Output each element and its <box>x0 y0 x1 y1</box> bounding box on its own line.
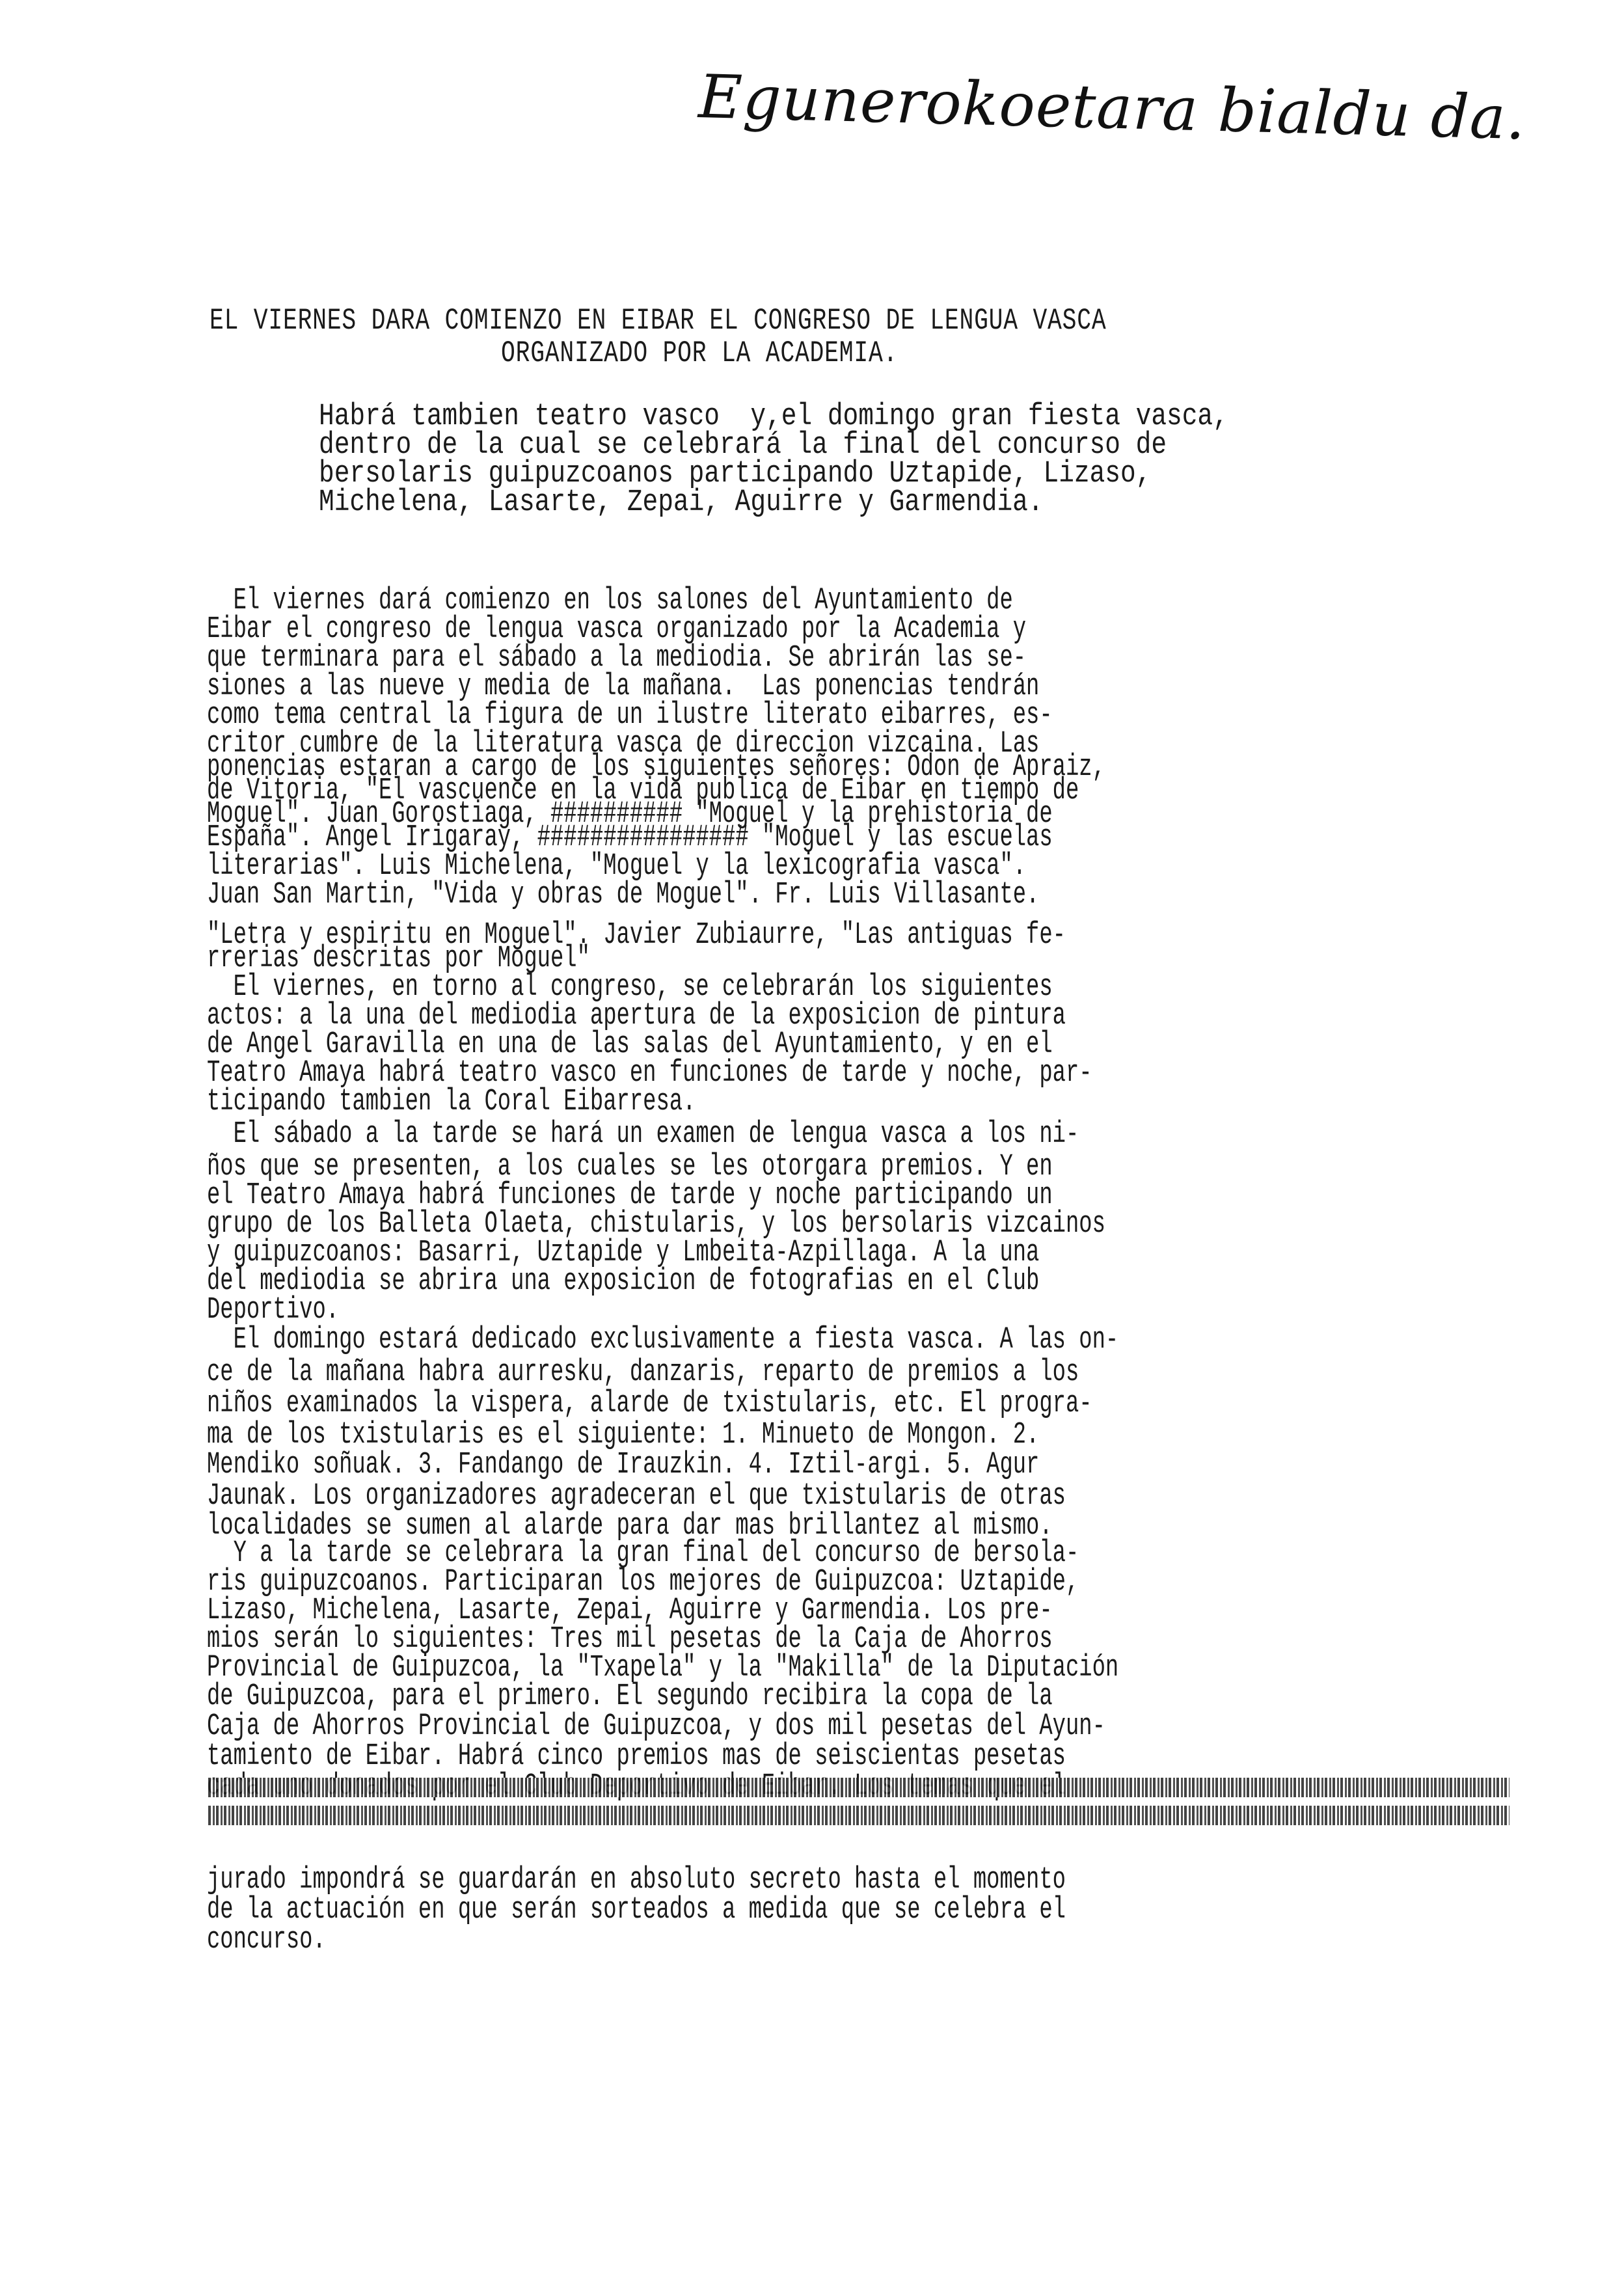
body-line: ños que se presenten, a los cuales se le… <box>207 1152 1053 1182</box>
body-line: Lizaso, Michelena, Lasarte, Zepai, Aguir… <box>207 1596 1053 1626</box>
body-line: que terminara para el sábado a la mediod… <box>207 643 1026 673</box>
subheadline-line: bersolaris guipuzcoanos participando Uzt… <box>319 459 1151 489</box>
body-line: rrerias descritas por Moguel" <box>207 944 590 974</box>
body-line: ce de la mañana habra aurresku, danzaris… <box>207 1357 1079 1388</box>
body-line: Jaunak. Los organizadores agradeceran el… <box>207 1481 1066 1512</box>
overstruck-text-line-1 <box>208 1778 1509 1797</box>
body-line: Y a la tarde se celebrara la gran final … <box>207 1538 1079 1569</box>
body-line: de la actuación en que serán sorteados a… <box>207 1895 1066 1925</box>
body-line: ma de los txistularis es el siguiente: 1… <box>207 1420 1039 1450</box>
body-line: grupo de los Balleta Olaeta, chistularis… <box>207 1209 1105 1240</box>
body-line: y guipuzcoanos: Basarri, Uztapide y Lmbe… <box>207 1238 1039 1268</box>
body-line: El viernes dará comienzo en los salones … <box>207 586 1013 616</box>
body-line: del mediodia se abrira una exposicion de… <box>207 1266 1039 1297</box>
body-line: de Angel Garavilla en una de las salas d… <box>207 1029 1053 1060</box>
overstruck-text-line-2 <box>208 1806 1509 1825</box>
body-line: concurso. <box>207 1925 326 1955</box>
body-line: España". Angel Irigaray, ###############… <box>207 822 1053 853</box>
body-line: jurado impondrá se guardarán en absoluto… <box>207 1865 1066 1895</box>
body-line: El viernes, en torno al congreso, se cel… <box>207 972 1053 1003</box>
body-line: Mendiko soñuak. 3. Fandango de Irauzkin.… <box>207 1450 1039 1480</box>
body-line: tamiento de Eibar. Habrá cinco premios m… <box>207 1741 1066 1772</box>
body-line: Caja de Ahorros Provincial de Guipuzcoa,… <box>207 1711 1105 1742</box>
headline-line-2: ORGANIZADO POR LA ACADEMIA. <box>501 338 898 368</box>
subheadline-line: Habrá tambien teatro vasco y,el domingo … <box>319 401 1228 432</box>
body-line: niños examinados la vispera, alarde de t… <box>207 1389 1092 1419</box>
subheadline-line: dentro de la cual se celebrará la final … <box>319 430 1167 461</box>
body-line: de Guipuzcoa, para el primero. El segund… <box>207 1681 1053 1712</box>
body-line: Deportivo. <box>207 1295 339 1325</box>
body-line: actos: a la una del mediodia apertura de… <box>207 1001 1066 1031</box>
subheadline: Habrá tambien teatro vasco y,el domingo … <box>319 401 1555 532</box>
body-line: El sábado a la tarde se hará un examen d… <box>207 1119 1079 1150</box>
body-line: como tema central la figura de un ilustr… <box>207 700 1053 731</box>
body-line: Eibar el congreso de lengua vasca organi… <box>207 614 1026 645</box>
headline-line-1: EL VIERNES DARA COMIENZO EN EIBAR EL CON… <box>210 306 1106 336</box>
body-line: El domingo estará dedicado exclusivament… <box>207 1325 1118 1355</box>
headline: EL VIERNES DARA COMIENZO EN EIBAR EL CON… <box>210 306 1511 390</box>
document-page: Egunerokoetara bialdu da. EL VIERNES DAR… <box>0 0 1624 2282</box>
body-line: ris guipuzcoanos. Participaran los mejor… <box>207 1567 1079 1597</box>
subheadline-line: Michelena, Lasarte, Zepai, Aguirre y Gar… <box>319 487 1044 518</box>
body-line: Teatro Amaya habrá teatro vasco en funci… <box>207 1058 1092 1089</box>
body-line: mios serán lo siguientes: Tres mil peset… <box>207 1624 1053 1655</box>
article-body: El viernes dará comienzo en los salones … <box>207 586 1547 1952</box>
body-line: el Teatro Amaya habrá funciones de tarde… <box>207 1180 1053 1211</box>
body-line: ticipando tambien la Coral Eibarresa. <box>207 1087 696 1117</box>
handwritten-annotation: Egunerokoetara bialdu da. <box>697 62 1526 153</box>
body-line: Juan San Martin, "Vida y obras de Moguel… <box>207 880 1039 910</box>
body-line: literarias". Luis Michelena, "Moguel y l… <box>207 851 1026 882</box>
body-line: siones a las nueve y media de la mañana.… <box>207 672 1039 702</box>
body-line: Provincial de Guipuzcoa, la "Txapela" y … <box>207 1653 1118 1683</box>
